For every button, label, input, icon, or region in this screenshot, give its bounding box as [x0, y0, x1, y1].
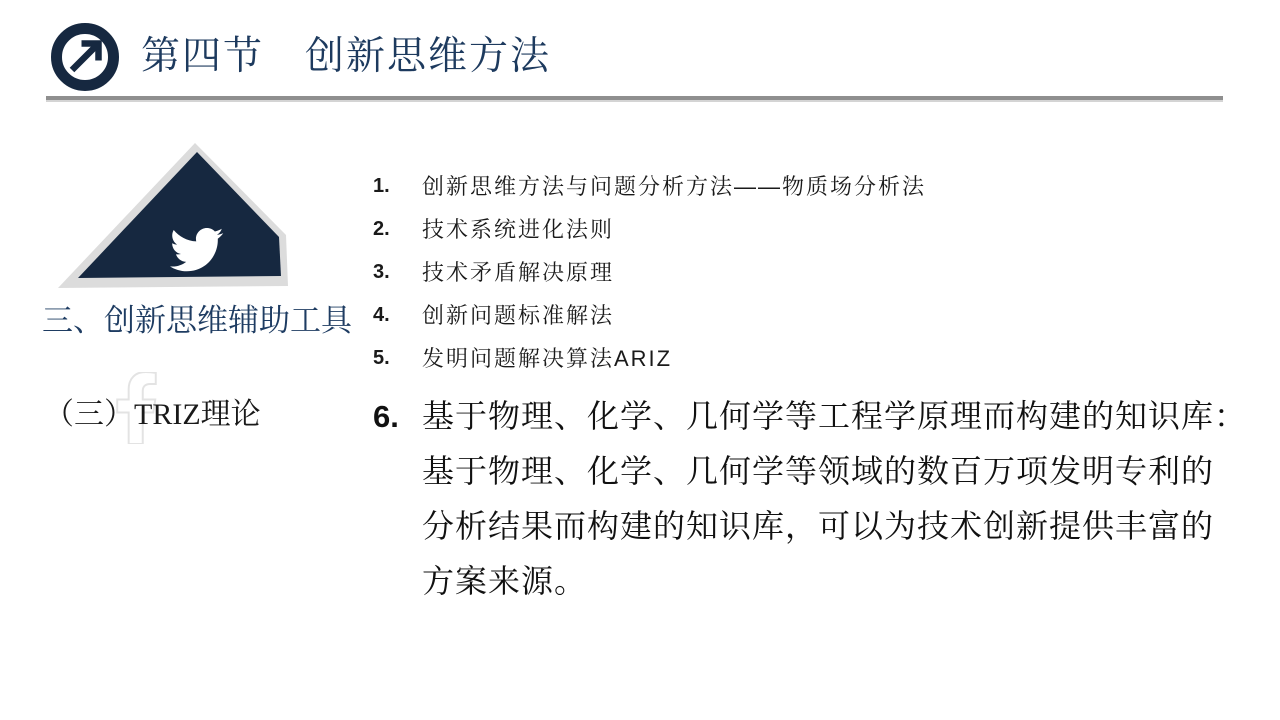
text-line: 基于物理、化学、几何学等工程学原理而构建的知识库：: [422, 389, 1247, 444]
list-item-number: 6.: [373, 389, 422, 609]
text-line: 基于物理、化学、几何学等领域的数百万项发明专利的: [422, 444, 1247, 499]
list-item-6: 6. 基于物理、化学、几何学等工程学原理而构建的知识库： 基于物理、化学、几何学…: [373, 389, 1247, 609]
numbered-list: 1. 创新思维方法与问题分析方法——物质场分析法 2. 技术系统进化法则 3. …: [373, 175, 926, 390]
list-item: 3. 技术矛盾解决原理: [373, 261, 926, 304]
list-item-label: 创新思维方法与问题分析方法——物质场分析法: [422, 175, 926, 198]
text-line: 分析结果而构建的知识库，可以为技术创新提供丰富的: [422, 499, 1247, 554]
subsection-title: （三）TRIZ理论: [44, 397, 261, 433]
list-item-6-text: 基于物理、化学、几何学等工程学原理而构建的知识库： 基于物理、化学、几何学等领域…: [422, 389, 1247, 609]
list-item: 2. 技术系统进化法则: [373, 218, 926, 261]
twitter-bird-icon: [56, 142, 290, 292]
list-item: 4. 创新问题标准解法: [373, 304, 926, 347]
page-title: 第四节 创新思维方法: [141, 34, 551, 80]
list-item-label: 技术矛盾解决原理: [422, 261, 614, 284]
list-item-label: 技术系统进化法则: [422, 218, 614, 241]
list-item-label: 发明问题解决算法ARIZ: [422, 347, 672, 370]
list-item-number: 4.: [373, 304, 422, 327]
list-item-number: 1.: [373, 175, 422, 198]
presentation-slide: 第四节 创新思维方法 三、创新思维辅助工具 （三）TRIZ理论 1. 创新思维方…: [0, 0, 1280, 720]
section-title: 三、创新思维辅助工具: [42, 303, 352, 339]
arrow-up-right-icon: [50, 22, 120, 92]
list-item: 5. 发明问题解决算法ARIZ: [373, 347, 926, 390]
list-item: 1. 创新思维方法与问题分析方法——物质场分析法: [373, 175, 926, 218]
header-divider: [46, 96, 1223, 102]
list-item-number: 5.: [373, 347, 422, 370]
list-item-number: 3.: [373, 261, 422, 284]
text-line: 方案来源。: [422, 554, 1247, 609]
list-item-number: 2.: [373, 218, 422, 241]
list-item-label: 创新问题标准解法: [422, 304, 614, 327]
